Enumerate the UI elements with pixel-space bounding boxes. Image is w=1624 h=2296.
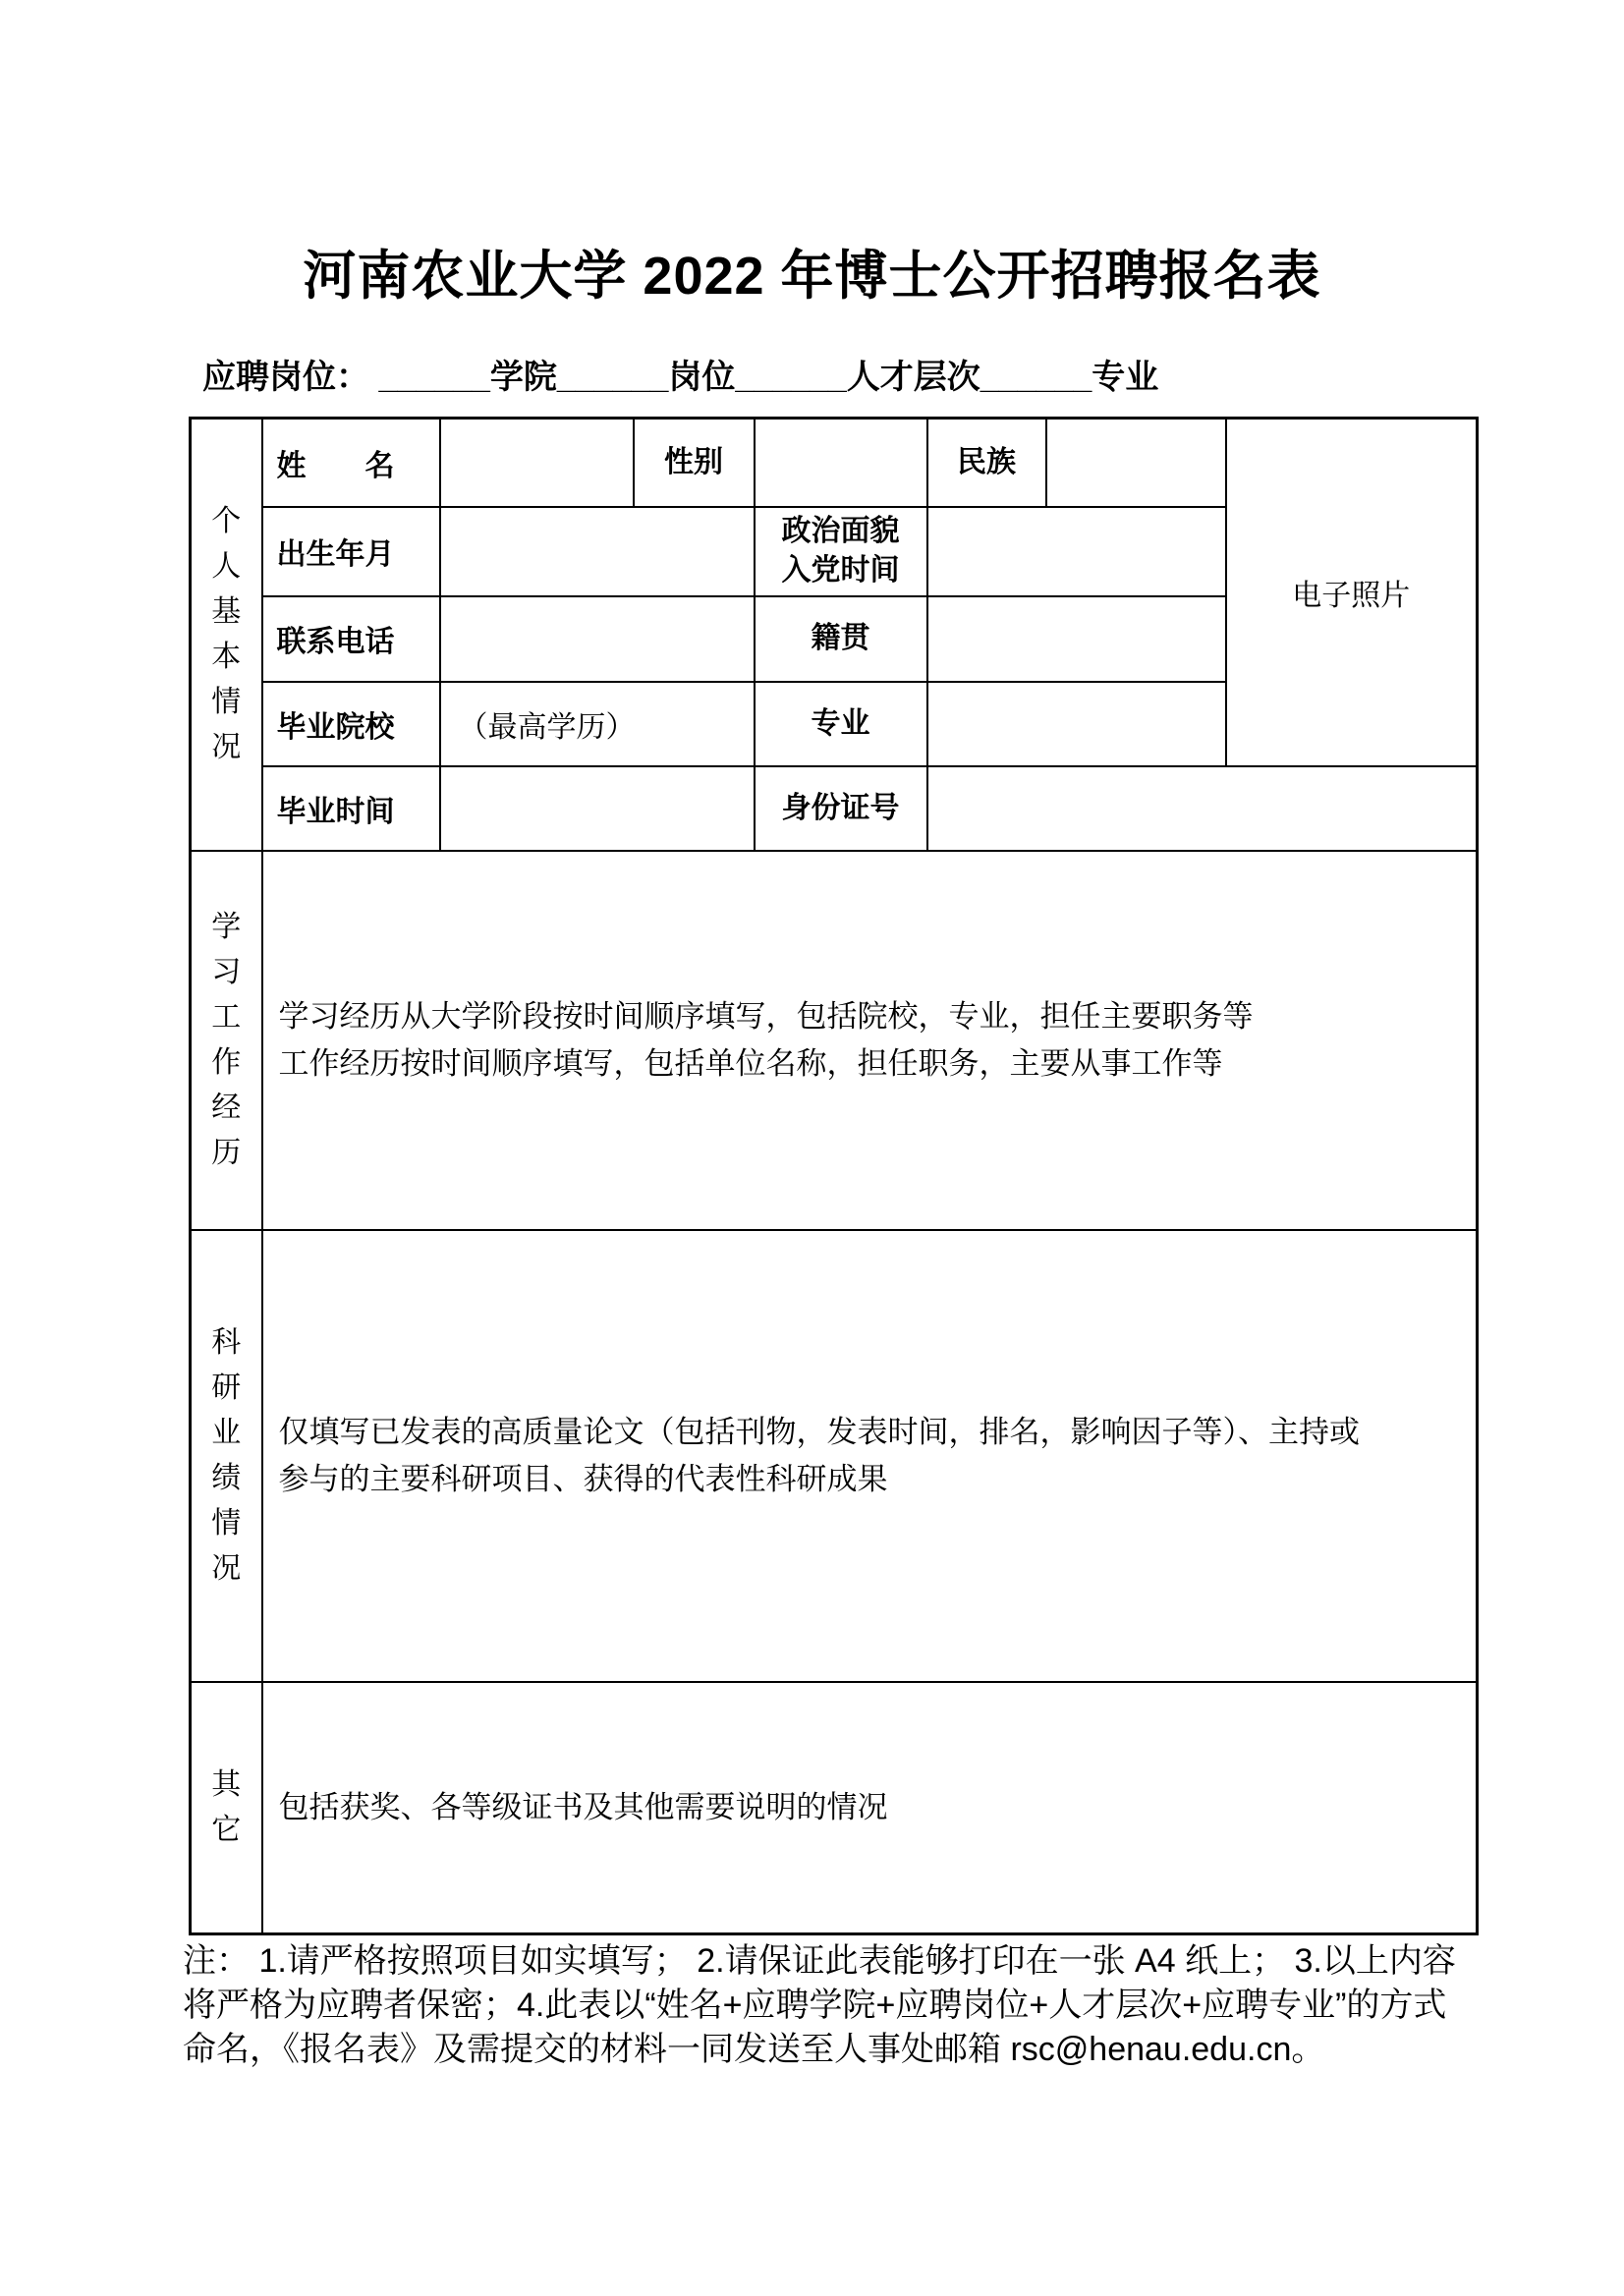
table-row: 科研业绩情况 仅填写已发表的高质量论文（包括刊物，发表时间，排名，影响因子等）、… <box>191 1230 1478 1682</box>
phone-value-cell[interactable] <box>440 596 755 682</box>
photo-cell[interactable]: 电子照片 <box>1226 419 1478 766</box>
graduation-time-value-cell[interactable] <box>440 766 755 851</box>
id-number-label: 身份证号 <box>755 766 927 851</box>
table-row: 个人基本情况 姓 名 性别 民族 电子照片 <box>191 419 1478 507</box>
section-personal-label: 个人基本情况 <box>191 419 262 851</box>
page-title: 河南农业大学 2022 年博士公开招聘报名表 <box>0 234 1624 309</box>
section-other-label: 其它 <box>191 1682 262 1934</box>
birth-date-value-cell[interactable] <box>440 507 755 596</box>
gender-value-cell[interactable] <box>755 419 927 507</box>
name-value-cell[interactable] <box>440 419 634 507</box>
graduate-school-value-cell[interactable]: （最高学历） <box>440 682 755 766</box>
section-research-label: 科研业绩情况 <box>191 1230 262 1682</box>
application-form-table: 个人基本情况 姓 名 性别 民族 电子照片 出生年月 政治面貌 入党时间 联系电… <box>189 417 1479 1935</box>
birth-date-label: 出生年月 <box>262 507 440 596</box>
native-place-value-cell[interactable] <box>927 596 1226 682</box>
political-status-label: 政治面貌 入党时间 <box>755 507 927 596</box>
name-label: 姓 名 <box>262 419 440 507</box>
other-content-cell[interactable]: 包括获奖、各等级证书及其他需要说明的情况 <box>262 1682 1478 1934</box>
major-label: 专业 <box>755 682 927 766</box>
research-content-cell[interactable]: 仅填写已发表的高质量论文（包括刊物，发表时间，排名，影响因子等）、主持或 参与的… <box>262 1230 1478 1682</box>
graduation-time-label: 毕业时间 <box>262 766 440 851</box>
experience-content-cell[interactable]: 学习经历从大学阶段按时间顺序填写，包括院校，专业，担任主要职务等 工作经历按时间… <box>262 851 1478 1230</box>
phone-label: 联系电话 <box>262 596 440 682</box>
native-place-label: 籍贯 <box>755 596 927 682</box>
major-value-cell[interactable] <box>927 682 1226 766</box>
form-notes: 注： 1.请严格按照项目如实填写； 2.请保证此表能够打印在一张 A4 纸上； … <box>183 1939 1509 2072</box>
gender-label: 性别 <box>634 419 755 507</box>
section-experience-label: 学习工作经历 <box>191 851 262 1230</box>
graduate-school-label: 毕业院校 <box>262 682 440 766</box>
table-row: 学习工作经历 学习经历从大学阶段按时间顺序填写，包括院校，专业，担任主要职务等 … <box>191 851 1478 1230</box>
ethnicity-label: 民族 <box>927 419 1046 507</box>
political-status-value-cell[interactable] <box>927 507 1226 596</box>
table-row: 其它 包括获奖、各等级证书及其他需要说明的情况 <box>191 1682 1478 1934</box>
ethnicity-value-cell[interactable] <box>1046 419 1226 507</box>
document-page: 河南农业大学 2022 年博士公开招聘报名表 应聘岗位： ______学院___… <box>0 0 1624 2296</box>
table-row: 毕业时间 身份证号 <box>191 766 1478 851</box>
id-number-value-cell[interactable] <box>927 766 1478 851</box>
position-line[interactable]: 应聘岗位： ______学院______岗位______人才层次______专业 <box>202 350 1158 398</box>
